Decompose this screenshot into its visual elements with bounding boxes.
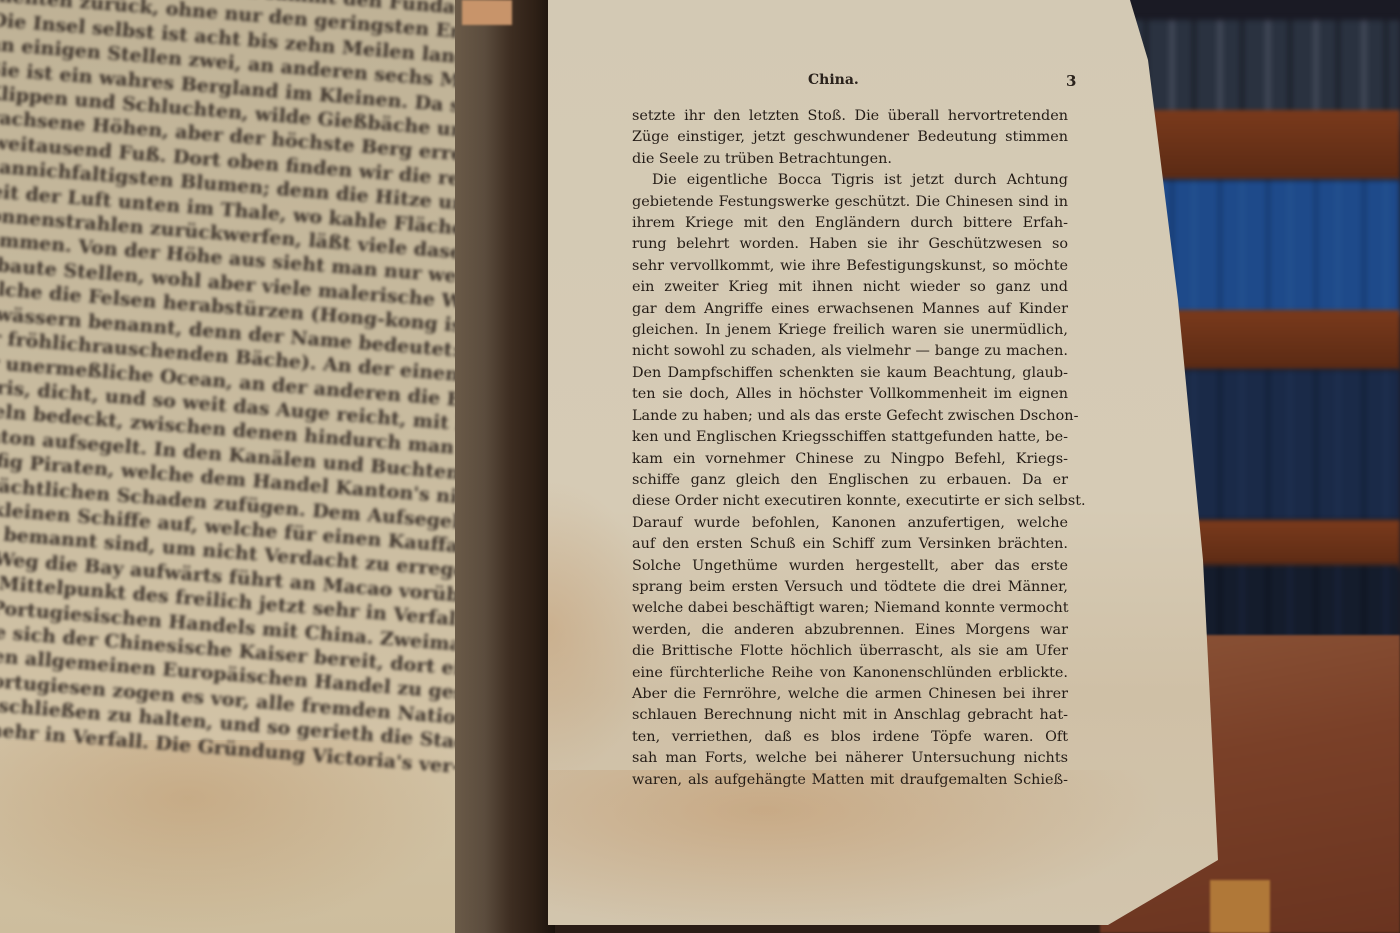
left-page-text: gern den Grund sammt den Funda- menten z…	[0, 0, 464, 775]
spine-top-edge	[462, 0, 512, 25]
running-head: China.	[808, 72, 859, 88]
page-number: 3	[1066, 72, 1076, 90]
right-page: China. 3 setzte ihr den letzten Stoß. Di…	[548, 0, 1220, 925]
book-stand	[1210, 880, 1270, 933]
water-stain	[548, 770, 1168, 930]
left-page: gern den Grund sammt den Funda- menten z…	[0, 0, 470, 933]
book-spine	[455, 0, 555, 933]
right-page-text: setzte ihr den letzten Stoß. Die überall…	[632, 106, 1068, 791]
photo-scene: gern den Grund sammt den Funda- menten z…	[0, 0, 1400, 933]
